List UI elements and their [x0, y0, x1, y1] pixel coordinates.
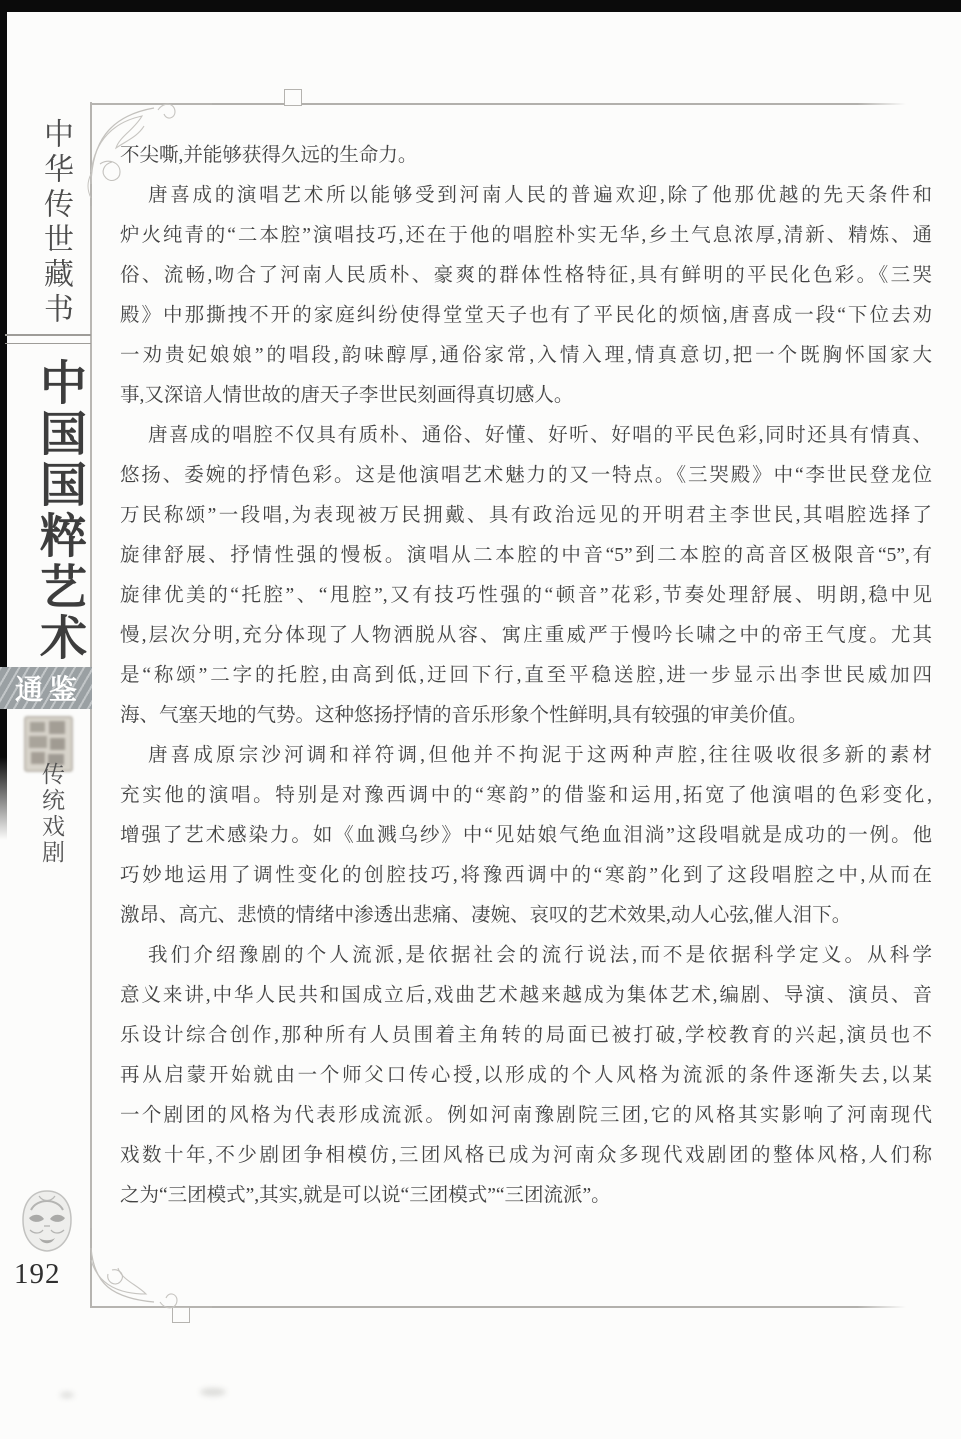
- text-line: 唐喜成的唱腔不仅具有质朴、通俗、好懂、好听、好唱的平民色彩,同时还具有情真、: [120, 416, 932, 456]
- frame-bottom-line: [92, 1306, 906, 1308]
- text-line: 乐设计综合创作,那种所有人员围着主角转的局面已被打破,学校教育的兴起,演员也不: [120, 1016, 932, 1056]
- sidebar-main-title: 中国国粹艺术: [26, 358, 93, 664]
- text-line: 事,又深谙人情世故的唐天子李世民刻画得真切感人。: [120, 376, 932, 416]
- text-line: 唐喜成原宗沙河调和祥符调,但他并不拘泥于这两种声腔,往往吸收很多新的素材: [120, 736, 932, 776]
- text-line: 慢,层次分明,充分体现了人物洒脱从容、寓庄重威严于慢吟长啸之中的帝王气度。尤其: [120, 616, 932, 656]
- text-line: 是“称颂”二字的托腔,由高到低,迂回下行,直至平稳送腔,进一步显示出李世民威加四: [120, 656, 932, 696]
- scan-smudge: [200, 1388, 226, 1396]
- opera-mask-icon: [16, 1188, 78, 1254]
- text-line: 海、气塞天地的气势。这种悠扬抒情的音乐形象个性鲜明,具有较强的审美价值。: [120, 696, 932, 736]
- scan-smudge: [60, 1392, 74, 1398]
- text-line: 戏数十年,不少剧团争相模仿,三团风格已成为河南众多现代戏剧团的整体风格,人们称: [120, 1136, 932, 1176]
- sidebar-series-title: 中华传世藏书: [33, 118, 77, 328]
- text-line: 万民称颂”一段唱,为表现被万民拥戴、具有政治远见的开明君主李世民,其唱腔选择了: [120, 496, 932, 536]
- text-line: 旋律优美的“托腔”、“甩腔”,又有技巧性强的“顿音”花彩,节奏处理舒展、明朗,稳…: [120, 576, 932, 616]
- text-line: 充实他的演唱。特别是对豫西调中的“寒韵”的借鉴和运用,拓宽了他演唱的色彩变化,: [120, 776, 932, 816]
- text-line: 悠扬、委婉的抒情色彩。这是他演唱艺术魅力的又一特点。《三哭殿》中“李世民登龙位: [120, 456, 932, 496]
- text-line: 唐喜成的演唱艺术所以能够受到河南人民的普遍欢迎,除了他那优越的先天条件和: [120, 176, 932, 216]
- text-line: 巧妙地运用了调性变化的创腔技巧,将豫西调中的“寒韵”化到了这段唱腔之中,从而在: [120, 856, 932, 896]
- text-line: 激昂、高亢、悲愤的情绪中渗透出悲痛、凄婉、哀叹的艺术效果,动人心弦,催人泪下。: [120, 896, 932, 936]
- sidebar-separator: [5, 334, 91, 351]
- sidebar-volume-band: 通鉴: [0, 667, 92, 709]
- frame-top-line: [92, 103, 906, 105]
- text-line: 再从启蒙开始就由一个师父口传心授,以形成的个人风格为流派的条件逐渐失去,以某: [120, 1056, 932, 1096]
- text-line: 增强了艺术感染力。如《血溅乌纱》中“见姑娘气绝血泪淌”这段唱就是成功的一例。他: [120, 816, 932, 856]
- sidebar-volume-label: 通鉴: [15, 668, 83, 708]
- text-line: 意义来讲,中华人民共和国成立后,戏曲艺术越来越成为集体艺术,编剧、导演、演员、音: [120, 976, 932, 1016]
- text-line: 炉火纯青的“二本腔”演唱技巧,还在于他的唱腔朴实无华,乡土气息浓厚,清新、精炼、…: [120, 216, 932, 256]
- page-number: 192: [14, 1258, 61, 1291]
- sidebar-section-title: 传统戏剧: [35, 762, 68, 866]
- text-line: 一劝贵妃娘娘”的唱段,韵味醇厚,通俗家常,入情入理,情真意切,把一个既胸怀国家大: [120, 336, 932, 376]
- scanned-book-page: { "page": { "number": "192", "background…: [0, 0, 961, 1439]
- text-line: 不尖嘶,并能够获得久远的生命力。: [120, 136, 932, 176]
- scan-edge-left: [0, 10, 7, 840]
- body-text: 不尖嘶,并能够获得久远的生命力。 唐喜成的演唱艺术所以能够受到河南人民的普遍欢迎…: [120, 136, 932, 1216]
- scan-edge-top: [0, 0, 961, 12]
- text-line: 一个剧团的风格为代表形成流派。例如河南豫剧院三团,它的风格其实影响了河南现代: [120, 1096, 932, 1136]
- text-line: 旋律舒展、抒情性强的慢板。演唱从二本腔的中音“5”到二本腔的高音区极限音“5”,…: [120, 536, 932, 576]
- text-line: 殿》中那撕拽不开的家庭纠纷使得堂堂天子也有了平民化的烦恼,唐喜成一段“下位去劝: [120, 296, 932, 336]
- text-line: 之为“三团模式”,其实,就是可以说“三团模式”“三团流派”。: [120, 1176, 932, 1216]
- corner-flourish-bottom-left: [62, 1228, 212, 1326]
- text-line: 俗、流畅,吻合了河南人民质朴、豪爽的群体性格特征,具有鲜明的平民化色彩。《三哭: [120, 256, 932, 296]
- frame-ornament-tab-top: [284, 89, 302, 106]
- text-line: 我们介绍豫剧的个人流派,是依据社会的流行说法,而不是依据科学定义。从科学: [120, 936, 932, 976]
